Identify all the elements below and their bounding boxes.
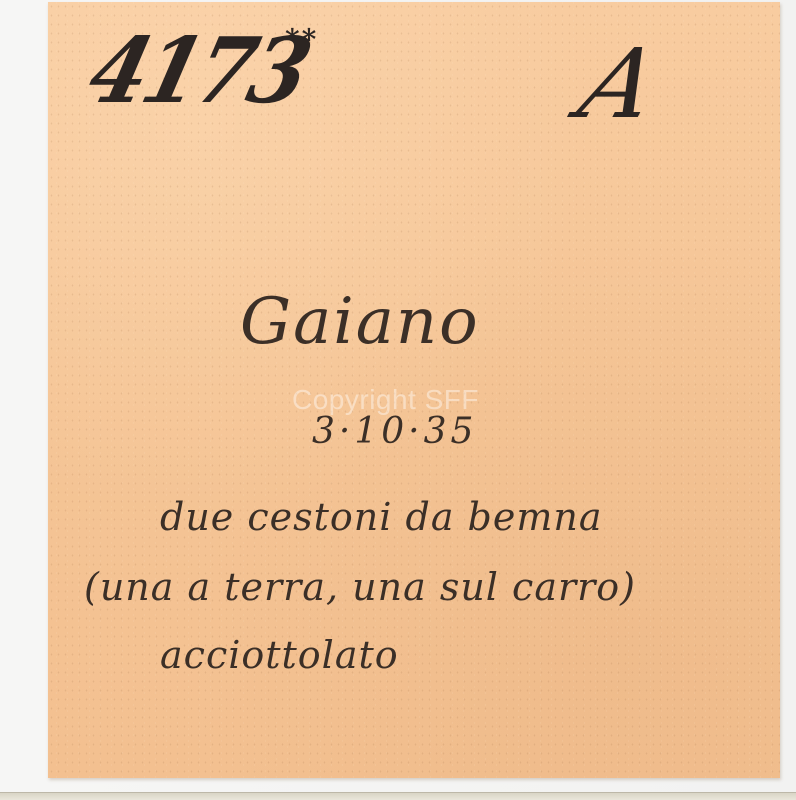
- description-line-3: acciottolato: [160, 636, 399, 674]
- date: 3·10·35: [312, 414, 477, 450]
- scan-stage: 4173 ** A Gaiano Copyright SFF 3·10·35 d…: [0, 0, 796, 800]
- description-line-1: due cestoni da bemna: [160, 498, 603, 536]
- underlying-card-edge: [0, 792, 796, 800]
- catalog-number: 4173: [81, 26, 316, 116]
- description-line-2: (una a terra, una sul carro): [84, 568, 636, 606]
- place-name: Gaiano: [240, 290, 480, 354]
- catalog-marks: **: [285, 26, 318, 54]
